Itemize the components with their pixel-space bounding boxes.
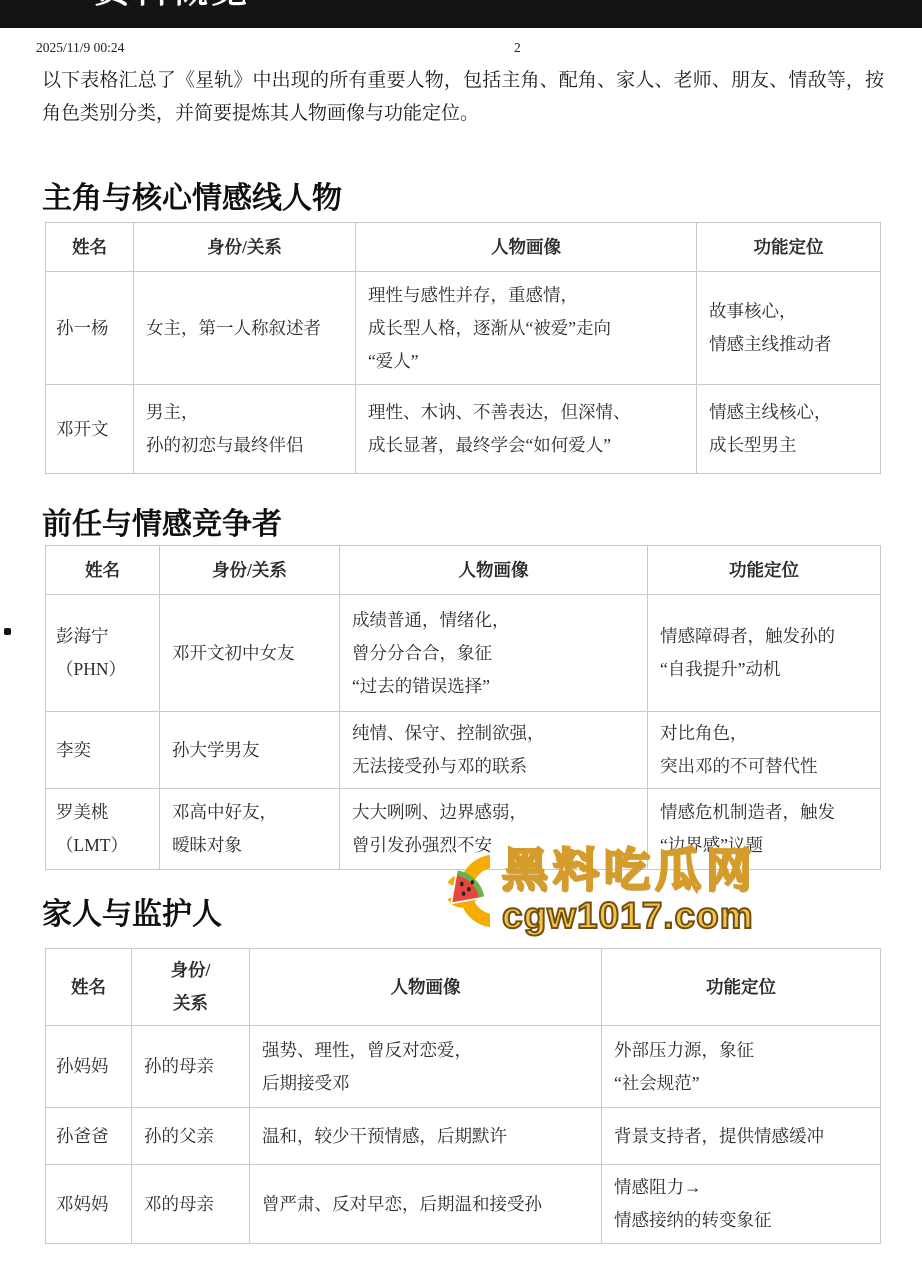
col-header-function: 功能定位	[697, 223, 881, 272]
top-black-bar: 资料概览	[0, 0, 922, 28]
cell-portrait: 温和，较少干预情感，后期默许	[250, 1108, 602, 1165]
col-header-portrait: 人物画像	[356, 223, 697, 272]
cell-identity: 女主，第一人称叙述者	[134, 272, 356, 385]
cell-name: 孙妈妈	[46, 1026, 132, 1108]
cell-name: 彭海宁 （PHN）	[46, 595, 160, 712]
cell-function: 对比角色， 突出邓的不可替代性	[648, 712, 881, 789]
table-row: 孙一杨 女主，第一人称叙述者 理性与感性并存，重感情， 成长型人格，逐渐从“被爱…	[46, 272, 881, 385]
cell-portrait: 成绩普通，情绪化， 曾分分合合，象征 “过去的错误选择”	[340, 595, 648, 712]
cell-identity: 邓的母亲	[132, 1165, 250, 1244]
cell-function: 情感阻力→ 情感接纳的转变象征	[602, 1165, 881, 1244]
watermark-site-name: 黑料吃瓜网	[502, 845, 757, 895]
clipped-bar-title: 资料概览	[94, 0, 250, 10]
col-header-identity: 身份/ 关系	[132, 949, 250, 1026]
col-header-function: 功能定位	[648, 546, 881, 595]
table-protagonists: 姓名 身份/关系 人物画像 功能定位 孙一杨 女主，第一人称叙述者 理性与感性并…	[45, 222, 881, 474]
cell-function: 外部压力源，象征 “社会规范”	[602, 1026, 881, 1108]
cell-portrait: 强势、理性，曾反对恋爱， 后期接受邓	[250, 1026, 602, 1108]
col-header-identity: 身份/关系	[134, 223, 356, 272]
cell-function: 情感主线核心， 成长型男主	[697, 385, 881, 474]
cell-identity: 男主， 孙的初恋与最终伴侣	[134, 385, 356, 474]
cell-portrait: 理性、木讷、不善表达，但深情、 成长显著，最终学会“如何爱人”	[356, 385, 697, 474]
section-heading-exes: 前任与情感竞争者	[42, 499, 282, 543]
col-header-portrait: 人物画像	[340, 546, 648, 595]
cell-portrait: 纯情、保守、控制欲强， 无法接受孙与邓的联系	[340, 712, 648, 789]
cell-identity: 孙大学男友	[160, 712, 340, 789]
cell-identity: 邓高中好友， 暧昧对象	[160, 789, 340, 870]
intro-paragraph: 以下表格汇总了《星轨》中出现的所有重要人物，包括主角、配角、家人、老师、朋友、情…	[42, 64, 884, 130]
table-row: 孙爸爸 孙的父亲 温和，较少干预情感，后期默许 背景支持者，提供情感缓冲	[46, 1108, 881, 1165]
col-header-identity: 身份/关系	[160, 546, 340, 595]
table-family: 姓名 身份/ 关系 人物画像 功能定位 孙妈妈 孙的母亲 强势、理性，曾反对恋爱…	[45, 948, 881, 1244]
cell-name: 邓开文	[46, 385, 134, 474]
table-header-row: 姓名 身份/关系 人物画像 功能定位	[46, 223, 881, 272]
col-header-portrait: 人物画像	[250, 949, 602, 1026]
cell-portrait: 曾严肃、反对早恋，后期温和接受孙	[250, 1165, 602, 1244]
document-page: 资料概览 2025/11/9 00:24 2 以下表格汇总了《星轨》中出现的所有…	[0, 0, 922, 1280]
table-row: 彭海宁 （PHN） 邓开文初中女友 成绩普通，情绪化， 曾分分合合，象征 “过去…	[46, 595, 881, 712]
stray-ink-dot	[4, 628, 11, 635]
table-row: 孙妈妈 孙的母亲 强势、理性，曾反对恋爱， 后期接受邓 外部压力源，象征 “社会…	[46, 1026, 881, 1108]
section-heading-family: 家人与监护人	[42, 889, 222, 933]
table-row: 邓开文 男主， 孙的初恋与最终伴侣 理性、木讷、不善表达，但深情、 成长显著，最…	[46, 385, 881, 474]
cell-identity: 孙的母亲	[132, 1026, 250, 1108]
cell-portrait: 理性与感性并存，重感情， 成长型人格，逐渐从“被爱”走向 “爱人”	[356, 272, 697, 385]
watermark-site-url: cgw1017.com	[502, 895, 757, 937]
watermark-text: 黑料吃瓜网 cgw1017.com	[502, 845, 757, 937]
col-header-name: 姓名	[46, 546, 160, 595]
table-header-row: 姓名 身份/ 关系 人物画像 功能定位	[46, 949, 881, 1026]
section-heading-protagonists: 主角与核心情感线人物	[42, 173, 342, 217]
watermelon-slice-icon	[451, 872, 482, 903]
cell-function: 情感障碍者，触发孙的 “自我提升”动机	[648, 595, 881, 712]
table-exes: 姓名 身份/关系 人物画像 功能定位 彭海宁 （PHN） 邓开文初中女友 成绩普…	[45, 545, 881, 870]
table-header-row: 姓名 身份/关系 人物画像 功能定位	[46, 546, 881, 595]
page-number: 2	[514, 40, 521, 56]
cell-function: 背景支持者，提供情感缓冲	[602, 1108, 881, 1165]
table-row: 邓妈妈 邓的母亲 曾严肃、反对早恋，后期温和接受孙 情感阻力→ 情感接纳的转变象…	[46, 1165, 881, 1244]
cell-name: 李奕	[46, 712, 160, 789]
print-timestamp: 2025/11/9 00:24	[36, 40, 124, 56]
cell-name: 孙一杨	[46, 272, 134, 385]
cell-name: 邓妈妈	[46, 1165, 132, 1244]
watermelon-c-logo-icon	[402, 845, 490, 937]
cell-identity: 邓开文初中女友	[160, 595, 340, 712]
cell-function: 故事核心， 情感主线推动者	[697, 272, 881, 385]
col-header-name: 姓名	[46, 223, 134, 272]
col-header-name: 姓名	[46, 949, 132, 1026]
cell-identity: 孙的父亲	[132, 1108, 250, 1165]
site-watermark: 黑料吃瓜网 cgw1017.com	[402, 845, 757, 937]
cell-name: 孙爸爸	[46, 1108, 132, 1165]
table-row: 李奕 孙大学男友 纯情、保守、控制欲强， 无法接受孙与邓的联系 对比角色， 突出…	[46, 712, 881, 789]
cell-name: 罗美桃 （LMT）	[46, 789, 160, 870]
col-header-function: 功能定位	[602, 949, 881, 1026]
